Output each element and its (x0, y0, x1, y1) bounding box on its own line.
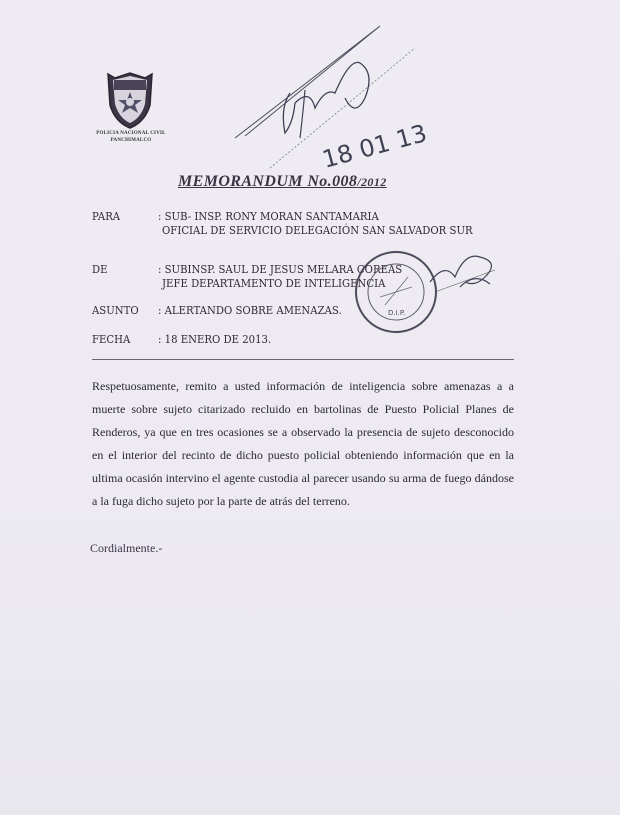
handwritten-date: 18 01 13 (319, 119, 429, 174)
header-divider (92, 359, 514, 360)
memo-body: Respetuosamente, remito a usted informac… (92, 375, 514, 513)
memo-year: /2012 (357, 175, 386, 189)
asunto-label: ASUNTO (92, 303, 139, 317)
memo-page: POLICIA NACIONAL CIVIL PANCHIMALCO 18 01… (0, 0, 620, 815)
de-label: DE (92, 262, 108, 276)
fecha-value: : 18 ENERO DE 2013. (158, 332, 271, 346)
handwritten-signature-date-icon: 18 01 13 (215, 18, 435, 193)
para-label: PARA (92, 209, 120, 223)
svg-text:D.I.P.: D.I.P. (388, 309, 405, 317)
sender-signature-icon (425, 242, 505, 302)
memo-closing: Cordialmente.- (90, 541, 162, 556)
org-line-1: POLICIA NACIONAL CIVIL (88, 130, 174, 137)
memo-title: MEMORANDUM No.008/2012 (178, 173, 387, 191)
asunto-value: : ALERTANDO SOBRE AMENAZAS. (158, 303, 342, 317)
fecha-label: FECHA (92, 332, 130, 346)
memo-number: MEMORANDUM No.008 (178, 173, 357, 190)
org-line-2: PANCHIMALCO (88, 137, 174, 144)
para-recipient: : SUB- INSP. RONY MORAN SANTAMARIA (158, 209, 379, 223)
para-recipient-title: OFICIAL DE SERVICIO DELEGACIÓN SAN SALVA… (162, 223, 473, 237)
police-shield-logo-icon (105, 70, 155, 130)
organization-name: POLICIA NACIONAL CIVIL PANCHIMALCO (88, 130, 174, 144)
